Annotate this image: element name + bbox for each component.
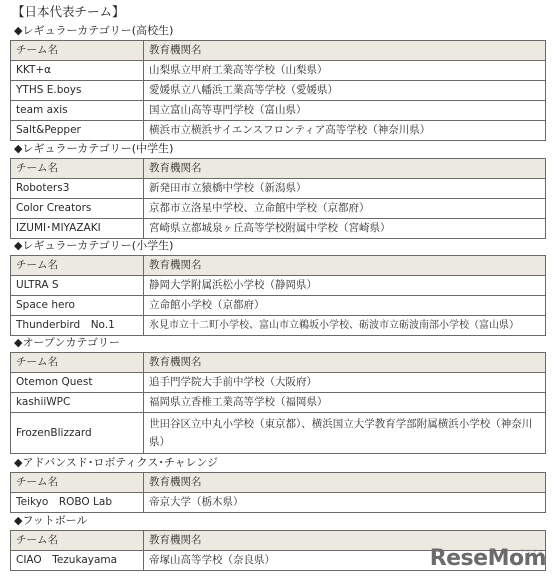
column-header-team: チーム名 [11, 256, 144, 276]
table-row: Thunderbird No.1 氷見市立十二町小学校、富山市立鵜坂小学校、砺波… [11, 316, 546, 336]
table-row: Space hero 立命館小学校（京都府） [11, 296, 546, 316]
teams-table: チーム名 教育機関名 Teikyo ROBO Lab 帝京大学（栃木県） [10, 472, 546, 513]
team-name: Color Creators [11, 199, 144, 219]
institution-name: 新発田市立猿橋中学校（新潟県） [144, 179, 546, 199]
table-row: kashiiWPC 福岡県立香椎工業高等学校（福岡県） [11, 393, 546, 413]
column-header-team: チーム名 [11, 353, 144, 373]
teams-table: チーム名 教育機関名 Otemon Quest 追手門学院大手前中学校（大阪府）… [10, 352, 546, 454]
team-name: FrozenBlizzard [11, 413, 144, 454]
watermark-ruby: リセマム [520, 540, 544, 564]
column-header-institution: 教育機関名 [144, 353, 546, 373]
table-row: Salt&Pepper 横浜市立横浜サイエンスフロンティア高等学校（神奈川県） [11, 121, 546, 141]
team-name: team axis [11, 101, 144, 121]
section-heading: ◆レギュラーカテゴリー(中学生) [10, 143, 545, 155]
column-header-institution: 教育機関名 [144, 41, 546, 61]
section-heading: ◆レギュラーカテゴリー(小学生) [10, 240, 545, 252]
institution-name: 追手門学院大手前中学校（大阪府） [144, 373, 546, 393]
team-name: Space hero [11, 296, 144, 316]
column-header-team: チーム名 [11, 473, 144, 493]
team-name: IZUMI･MIYAZAKI [11, 219, 144, 239]
table-row: Teikyo ROBO Lab 帝京大学（栃木県） [11, 493, 546, 513]
column-header-institution: 教育機関名 [144, 159, 546, 179]
table-row: YTHS E.boys 愛媛県立八幡浜工業高等学校（愛媛県） [11, 81, 546, 101]
section-elementary: ◆レギュラーカテゴリー(小学生) チーム名 教育機関名 ULTRA S 静岡大学… [10, 240, 545, 336]
column-header-institution: 教育機関名 [144, 473, 546, 493]
column-header-team: チーム名 [11, 531, 144, 551]
table-row: Color Creators 京都市立洛星中学校、立命館中学校（京都府） [11, 199, 546, 219]
table-row: team axis 国立富山高等専門学校（富山県） [11, 101, 546, 121]
team-name: Thunderbird No.1 [11, 316, 144, 336]
institution-name: 立命館小学校（京都府） [144, 296, 546, 316]
table-header-row: チーム名 教育機関名 [11, 159, 546, 179]
institution-name: 福岡県立香椎工業高等学校（福岡県） [144, 393, 546, 413]
section-open: ◆オープンカテゴリー チーム名 教育機関名 Otemon Quest 追手門学院… [10, 337, 545, 454]
column-header-institution: 教育機関名 [144, 256, 546, 276]
section-heading: ◆フットボール [10, 515, 545, 527]
teams-table: チーム名 教育機関名 KKT+α 山梨県立甲府工業高等学校（山梨県） YTHS … [10, 40, 546, 141]
institution-name: 山梨県立甲府工業高等学校（山梨県） [144, 61, 546, 81]
institution-name: 宮崎県立都城泉ヶ丘高等学校附属中学校（宮崎県） [144, 219, 546, 239]
team-name: Roboters3 [11, 179, 144, 199]
team-name: YTHS E.boys [11, 81, 144, 101]
table-row: Otemon Quest 追手門学院大手前中学校（大阪府） [11, 373, 546, 393]
institution-name: 氷見市立十二町小学校、富山市立鵜坂小学校、砺波市立砺波南部小学校（富山県） [144, 316, 546, 336]
teams-table: チーム名 教育機関名 Roboters3 新発田市立猿橋中学校（新潟県） Col… [10, 158, 546, 239]
institution-name: 横浜市立横浜サイエンスフロンティア高等学校（神奈川県） [144, 121, 546, 141]
team-name: Salt&Pepper [11, 121, 144, 141]
team-name: Otemon Quest [11, 373, 144, 393]
institution-name: 帝京大学（栃木県） [144, 493, 546, 513]
team-name: KKT+α [11, 61, 144, 81]
table-row: Roboters3 新発田市立猿橋中学校（新潟県） [11, 179, 546, 199]
section-heading: ◆レギュラーカテゴリー(高校生) [10, 25, 545, 37]
table-header-row: チーム名 教育機関名 [11, 41, 546, 61]
column-header-team: チーム名 [11, 41, 144, 61]
resemom-watermark-logo: リセマム ReseMom [430, 547, 546, 571]
team-name: Teikyo ROBO Lab [11, 493, 144, 513]
page-title: 【日本代表チーム】 [12, 4, 125, 20]
table-header-row: チーム名 教育機関名 [11, 353, 546, 373]
team-name: ULTRA S [11, 276, 144, 296]
section-high-school: ◆レギュラーカテゴリー(高校生) チーム名 教育機関名 KKT+α 山梨県立甲府… [10, 25, 545, 141]
institution-name: 京都市立洛星中学校、立命館中学校（京都府） [144, 199, 546, 219]
institution-name: 愛媛県立八幡浜工業高等学校（愛媛県） [144, 81, 546, 101]
table-header-row: チーム名 教育機関名 [11, 256, 546, 276]
table-row: FrozenBlizzard 世田谷区立中丸小学校（東京都）、横浜国立大学教育学… [11, 413, 546, 454]
section-heading: ◆アドバンスド･ロボティクス･チャレンジ [10, 457, 545, 469]
teams-table: チーム名 教育機関名 ULTRA S 静岡大学附属浜松小学校（静岡県） Spac… [10, 255, 546, 336]
institution-name: 静岡大学附属浜松小学校（静岡県） [144, 276, 546, 296]
column-header-team: チーム名 [11, 159, 144, 179]
team-name: CIAO Tezukayama [11, 551, 144, 571]
institution-name: 国立富山高等専門学校（富山県） [144, 101, 546, 121]
section-advanced-robotics: ◆アドバンスド･ロボティクス･チャレンジ チーム名 教育機関名 Teikyo R… [10, 457, 545, 513]
section-heading: ◆オープンカテゴリー [10, 337, 545, 349]
table-header-row: チーム名 教育機関名 [11, 473, 546, 493]
institution-name: 世田谷区立中丸小学校（東京都）、横浜国立大学教育学部附属横浜小学校（神奈川県） [144, 413, 546, 454]
table-row: ULTRA S 静岡大学附属浜松小学校（静岡県） [11, 276, 546, 296]
table-row: KKT+α 山梨県立甲府工業高等学校（山梨県） [11, 61, 546, 81]
section-junior-high: ◆レギュラーカテゴリー(中学生) チーム名 教育機関名 Roboters3 新発… [10, 143, 545, 239]
team-name: kashiiWPC [11, 393, 144, 413]
table-row: IZUMI･MIYAZAKI 宮崎県立都城泉ヶ丘高等学校附属中学校（宮崎県） [11, 219, 546, 239]
